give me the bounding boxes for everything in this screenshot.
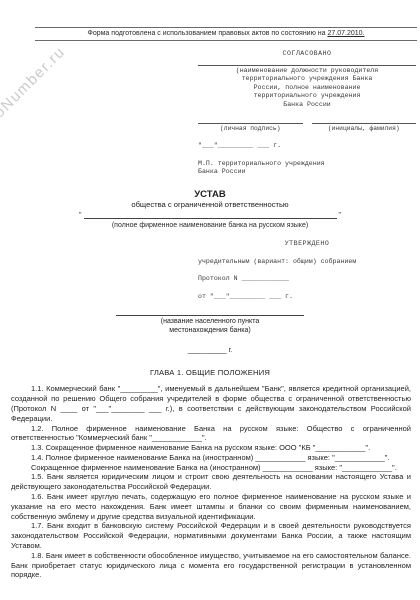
protocol-date-field: от "___"_________ ___ г. <box>198 293 416 302</box>
approved-block: УТВЕРЖДЕНО учредительным (вариант: общим… <box>198 240 416 301</box>
initials-field: (инициалы, фамилия) <box>312 123 417 134</box>
paragraph-1-3: 1.3. Сокращенное фирменное наименование … <box>11 443 411 453</box>
agreed-title: СОГЛАСОВАНО <box>198 50 416 59</box>
signature-row: (личная подпись) (инициалы, фамилия) <box>198 123 416 134</box>
site-watermark: NoNumber.ru <box>0 43 69 130</box>
paragraph-1-7: 1.7. Банк входит в банковскую систему Ро… <box>11 521 411 550</box>
agreed-post-caption: (наименование должности руководителя тер… <box>198 65 416 110</box>
prepared-notice-date: 27.07.2010. <box>328 30 365 37</box>
document-page: NoNumber.ru Форма подготовлена с использ… <box>0 0 420 600</box>
approved-by-line: учредительным (вариант: общим) собранием <box>198 258 416 267</box>
paragraph-1-4-cont: Сокращенное фирменное наименование Банка… <box>11 463 411 473</box>
location-block: (название населенного пункта местонахожд… <box>0 315 420 354</box>
prepared-notice: Форма подготовлена с использованием прав… <box>35 27 417 41</box>
bank-name-blank-field: " " <box>79 211 341 219</box>
location-blank-line <box>116 315 304 316</box>
location-caption: (название населенного пункта местонахожд… <box>0 317 420 335</box>
protocol-number-field: Протокол N ____________ <box>198 275 416 284</box>
charter-title: УСТАВ <box>0 189 420 200</box>
agreed-date-field: "___"_________ ___ г. <box>198 142 416 151</box>
close-quote: " <box>339 212 342 219</box>
blank-line <box>84 211 337 219</box>
paragraph-1-1: 1.1. Коммерческий банк "_________", имен… <box>11 384 411 423</box>
paragraph-1-8: 1.8. Банк имеет в собственности обособле… <box>11 551 411 580</box>
paragraph-1-5: 1.5. Банк является юридическим лицом и с… <box>11 472 411 492</box>
charter-title-block: УСТАВ общества с ограниченной ответствен… <box>0 189 420 230</box>
chapter1-body: 1.1. Коммерческий банк "_________", имен… <box>11 384 411 580</box>
open-quote: " <box>79 212 82 219</box>
agreed-block: СОГЛАСОВАНО (наименование должности руко… <box>198 50 416 177</box>
bank-name-caption: (полное фирменное наименование банка на … <box>0 221 420 230</box>
paragraph-1-4: 1.4. Полное фирменное наименование Банка… <box>11 453 411 463</box>
year-field: __________ г. <box>0 347 420 354</box>
charter-subtitle: общества с ограниченной ответственностью <box>0 200 420 210</box>
paragraph-1-2: 1.2. Полное фирменное наименование Банка… <box>11 424 411 444</box>
signature-field: (личная подпись) <box>198 123 303 134</box>
seal-caption: М.П. территориального учреждения Банка Р… <box>198 160 416 177</box>
prepared-notice-text: Форма подготовлена с использованием прав… <box>88 30 328 37</box>
chapter1-heading: ГЛАВА 1. ОБЩИЕ ПОЛОЖЕНИЯ <box>0 368 420 377</box>
paragraph-1-6: 1.6. Банк имеет круглую печать, содержащ… <box>11 492 411 521</box>
approved-title: УТВЕРЖДЕНО <box>198 240 416 249</box>
